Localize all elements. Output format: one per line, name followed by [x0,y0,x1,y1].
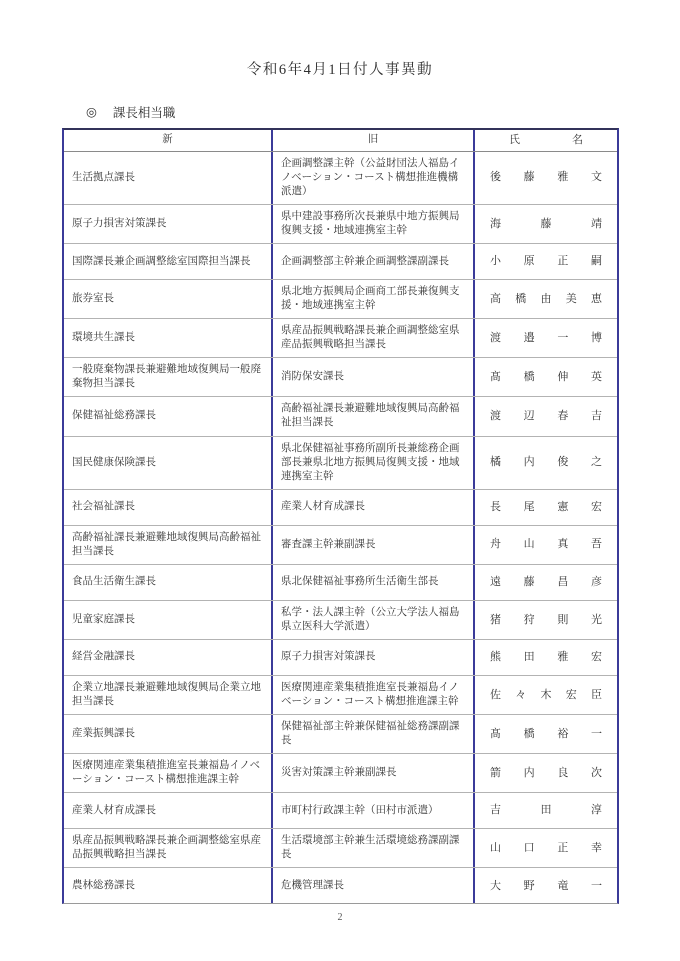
cell-old-position: 災害対策課主幹兼副課長 [273,754,475,792]
cell-name: 髙橋伸英 [475,358,617,396]
cell-new-position: 農林総務課長 [64,868,273,903]
cell-name: 遠藤昌彦 [475,565,617,600]
cell-old-position: 原子力損害対策課長 [273,640,475,675]
cell-name: 小原正嗣 [475,244,617,279]
cell-new-position: 高齢福祉課長兼避難地域復興局高齢福祉担当課長 [64,526,273,564]
cell-new-position: 産業人材育成課長 [64,793,273,828]
table-row: 社会福祉課長 産業人材育成課長 長尾憲宏 [64,489,617,525]
section-heading-line: ◎ 課長相当職 [86,103,680,121]
cell-name: 渡邉一博 [475,319,617,357]
cell-name: 吉田淳 [475,793,617,828]
table-row: 一般廃棄物課長兼避難地域復興局一般廃棄物担当課長 消防保安課長 髙橋伸英 [64,357,617,396]
cell-new-position: 生活拠点課長 [64,152,273,204]
cell-old-position: 産業人材育成課長 [273,490,475,525]
cell-old-position: 私学・法人課主幹（公立大学法人福島県立医科大学派遣） [273,601,475,639]
cell-name: 高橋由美恵 [475,280,617,318]
cell-old-position: 県北保健福祉事務所副所長兼総務企画部長兼県北地方振興局復興支援・地域連携室主幹 [273,437,475,489]
table-row: 経営金融課長 原子力損害対策課長 熊田雅宏 [64,639,617,675]
cell-name: 後藤雅文 [475,152,617,204]
cell-name: 猪狩則光 [475,601,617,639]
cell-old-position: 市町村行政課主幹（田村市派遣） [273,793,475,828]
section-heading: 課長相当職 [113,103,176,121]
cell-name: 舟山真吾 [475,526,617,564]
cell-name: 箭内良次 [475,754,617,792]
cell-old-position: 県中建設事務所次長兼県中地方振興局復興支援・地域連携室主幹 [273,205,475,243]
table-row: 旅券室長 県北地方振興局企画商工部長兼復興支援・地域連携室主幹 高橋由美恵 [64,279,617,318]
cell-new-position: 保健福祉総務課長 [64,397,273,435]
cell-name: 山口正幸 [475,829,617,867]
cell-new-position: 一般廃棄物課長兼避難地域復興局一般廃棄物担当課長 [64,358,273,396]
cell-old-position: 県北地方振興局企画商工部長兼復興支援・地域連携室主幹 [273,280,475,318]
table-row: 医療関連産業集積推進室長兼福島イノベーション・コースト構想推進課主幹 災害対策課… [64,753,617,792]
cell-old-position: 消防保安課長 [273,358,475,396]
cell-new-position: 原子力損害対策課長 [64,205,273,243]
document-title: 令和6年4月1日付人事異動 [0,58,680,79]
cell-name: 長尾憲宏 [475,490,617,525]
personnel-table: 新 旧 氏名 生活拠点課長 企画調整課主幹（公益財団法人福島イノベーション・コー… [62,128,619,904]
cell-new-position: 国際課長兼企画調整総室国際担当課長 [64,244,273,279]
table-row: 高齢福祉課長兼避難地域復興局高齢福祉担当課長 審査課主幹兼副課長 舟山真吾 [64,525,617,564]
table-row: 保健福祉総務課長 高齢福祉課長兼避難地域復興局高齢福祉担当課長 渡辺春吉 [64,396,617,435]
cell-new-position: 児童家庭課長 [64,601,273,639]
cell-old-position: 生活環境部主幹兼生活環境総務課副課長 [273,829,475,867]
table-header-row: 新 旧 氏名 [64,130,617,152]
cell-name: 海藤靖 [475,205,617,243]
table-row: 原子力損害対策課長 県中建設事務所次長兼県中地方振興局復興支援・地域連携室主幹 … [64,204,617,243]
cell-new-position: 環境共生課長 [64,319,273,357]
table-body: 生活拠点課長 企画調整課主幹（公益財団法人福島イノベーション・コースト構想推進機… [64,152,617,904]
cell-new-position: 医療関連産業集積推進室長兼福島イノベーション・コースト構想推進課主幹 [64,754,273,792]
header-name: 氏名 [475,130,617,151]
cell-old-position: 高齢福祉課長兼避難地域復興局高齢福祉担当課長 [273,397,475,435]
cell-old-position: 医療関連産業集積推進室長兼福島イノベーション・コースト構想推進課主幹 [273,676,475,714]
cell-old-position: 企画調整部主幹兼企画調整課副課長 [273,244,475,279]
document-page: 令和6年4月1日付人事異動 ◎ 課長相当職 新 旧 氏名 生活拠点課長 企画調整… [0,0,680,961]
cell-new-position: 企業立地課長兼避難地域復興局企業立地担当課長 [64,676,273,714]
table-row: 生活拠点課長 企画調整課主幹（公益財団法人福島イノベーション・コースト構想推進機… [64,152,617,204]
table-row: 国民健康保険課長 県北保健福祉事務所副所長兼総務企画部長兼県北地方振興局復興支援… [64,436,617,489]
table-row: 食品生活衛生課長 県北保健福祉事務所生活衛生部長 遠藤昌彦 [64,564,617,600]
table-row: 農林総務課長 危機管理課長 大野竜一 [64,867,617,903]
cell-new-position: 旅券室長 [64,280,273,318]
page-number: 2 [0,912,680,923]
cell-old-position: 保健福祉部主幹兼保健福祉総務課副課長 [273,715,475,753]
cell-name: 髙橋裕一 [475,715,617,753]
cell-name: 熊田雅宏 [475,640,617,675]
cell-name: 佐々木宏臣 [475,676,617,714]
cell-old-position: 危機管理課長 [273,868,475,903]
cell-name: 渡辺春吉 [475,397,617,435]
cell-new-position: 国民健康保険課長 [64,437,273,489]
cell-new-position: 県産品振興戦略課長兼企画調整総室県産品振興戦略担当課長 [64,829,273,867]
cell-name: 橘内俊之 [475,437,617,489]
cell-old-position: 県産品振興戦略課長兼企画調整総室県産品振興戦略担当課長 [273,319,475,357]
table-row: 児童家庭課長 私学・法人課主幹（公立大学法人福島県立医科大学派遣） 猪狩則光 [64,600,617,639]
section-marker: ◎ [86,104,97,120]
cell-name: 大野竜一 [475,868,617,903]
cell-new-position: 食品生活衛生課長 [64,565,273,600]
table-row: 環境共生課長 県産品振興戦略課長兼企画調整総室県産品振興戦略担当課長 渡邉一博 [64,318,617,357]
cell-new-position: 社会福祉課長 [64,490,273,525]
table-row: 企業立地課長兼避難地域復興局企業立地担当課長 医療関連産業集積推進室長兼福島イノ… [64,675,617,714]
table-row: 産業人材育成課長 市町村行政課主幹（田村市派遣） 吉田淳 [64,792,617,828]
cell-old-position: 県北保健福祉事務所生活衛生部長 [273,565,475,600]
header-old-position: 旧 [273,130,475,151]
table-row: 県産品振興戦略課長兼企画調整総室県産品振興戦略担当課長 生活環境部主幹兼生活環境… [64,828,617,867]
cell-old-position: 企画調整課主幹（公益財団法人福島イノベーション・コースト構想推進機構派遣） [273,152,475,204]
table-row: 産業振興課長 保健福祉部主幹兼保健福祉総務課副課長 髙橋裕一 [64,714,617,753]
cell-old-position: 審査課主幹兼副課長 [273,526,475,564]
cell-new-position: 経営金融課長 [64,640,273,675]
table-row: 国際課長兼企画調整総室国際担当課長 企画調整部主幹兼企画調整課副課長 小原正嗣 [64,243,617,279]
header-new-position: 新 [64,130,273,151]
cell-new-position: 産業振興課長 [64,715,273,753]
